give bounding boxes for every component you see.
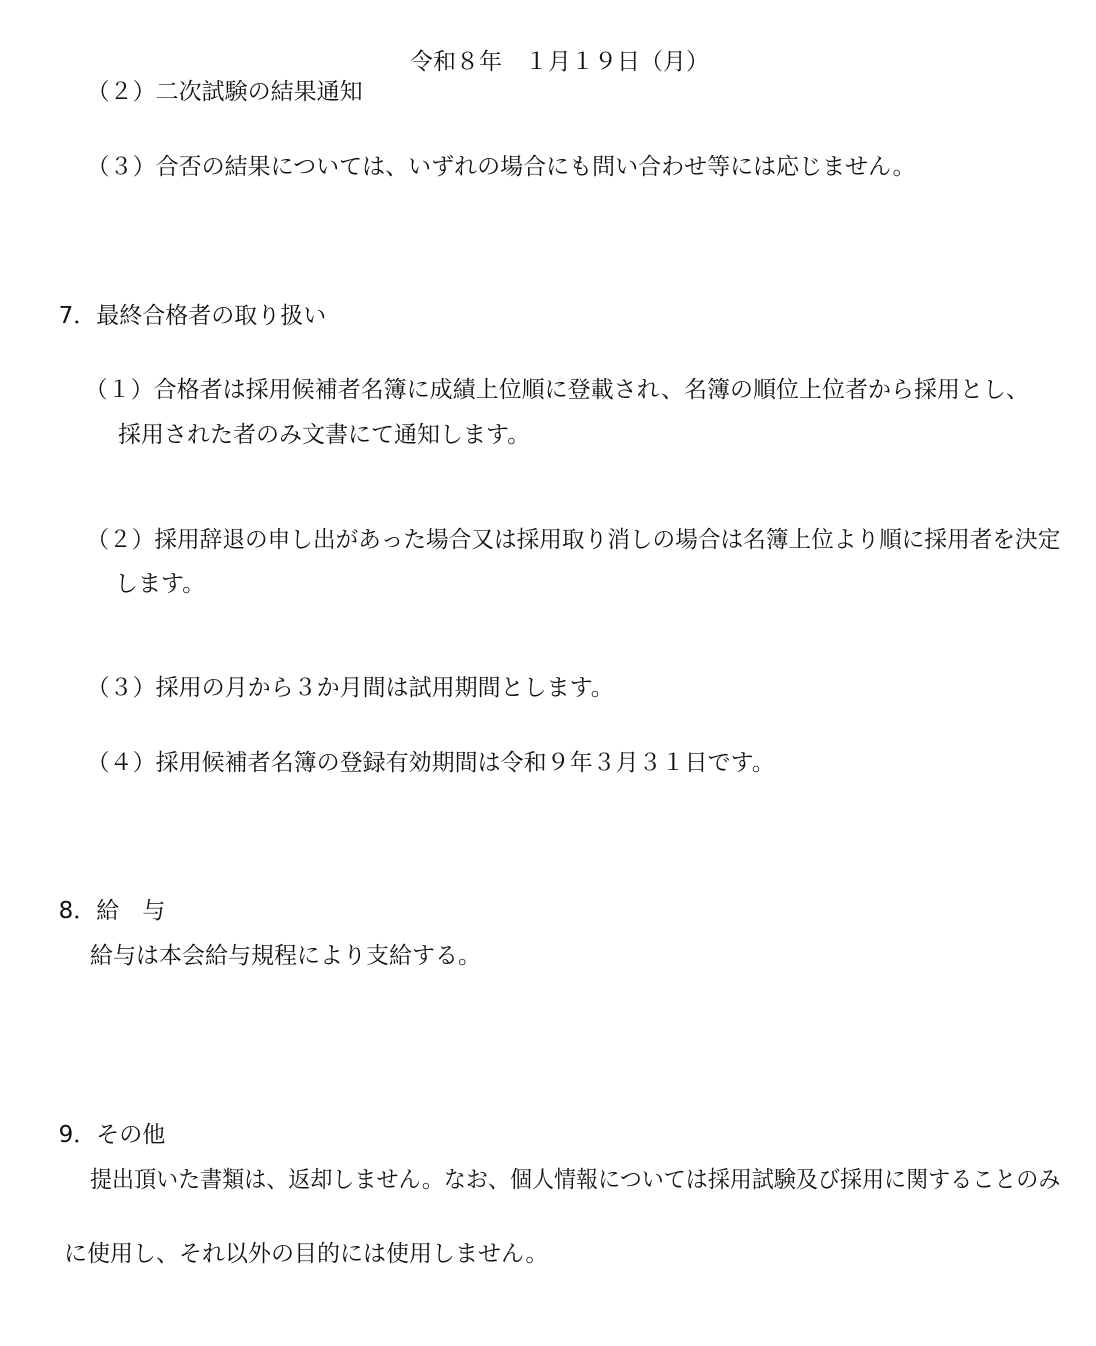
item-marker: （１） [85,377,154,403]
section-title: 最終合格者の取り扱い [96,303,326,329]
item-marker: （４） [87,750,156,776]
section-number: 7． [59,303,97,329]
notice-item-3: （３）合否の結果については、いずれの場合にも問い合わせ等には応じません。 [72,122,916,152]
item-label: 二次試験の結果通知 [156,79,363,105]
section-title: その他 [96,1122,165,1148]
section-7-item-1-continuation: 採用された者のみ文書にて通知します。 [118,420,530,450]
item-text: 採用辞退の申し出があった場合又は採用取り消しの場合は名簿上位より順に採用者を決定 [154,527,1060,553]
section-8-heading: 8．給 与 [44,866,165,896]
notice-date: 令和８年 １月１９日（月） [410,47,709,77]
item-marker: （２） [86,527,154,553]
section-8-body: 給与は本会給与規程により支給する。 [90,941,481,971]
section-7-item-1: （１）合格者は採用候補者名簿に成績上位順に登載され、名簿の順位上位者から採用とし… [70,345,1029,375]
section-9-heading: 9．その他 [44,1090,165,1120]
item-marker: （３） [87,154,156,180]
section-7-heading: 7．最終合格者の取り扱い [44,271,326,301]
item-text: 採用の月から３か月間は試用期間とします。 [156,675,614,701]
item-text: 合否の結果については、いずれの場合にも問い合わせ等には応じません。 [156,154,916,180]
section-9-body-line-2: に使用し、それ以外の目的には使用しません。 [64,1239,548,1269]
section-7-item-3: （３）採用の月から３か月間は試用期間とします。 [72,643,614,673]
item-marker: （３） [87,675,156,701]
section-7-item-4: （４）採用候補者名簿の登録有効期間は令和９年３月３１日です。 [72,718,775,748]
section-number: 8． [59,898,97,924]
section-number: 9． [59,1122,97,1148]
section-9-body-line-1: 提出頂いた書類は、返却しません。なお、個人情報については採用試験及び採用に関する… [90,1165,1060,1195]
section-7-item-2-continuation: します。 [115,569,205,599]
item-text: 合格者は採用候補者名簿に成績上位順に登載され、名簿の順位上位者から採用とし、 [154,377,1029,403]
item-text: 採用候補者名簿の登録有効期間は令和９年３月３１日です。 [156,750,775,776]
item-marker: （２） [87,79,156,105]
section-7-item-2: （２）採用辞退の申し出があった場合又は採用取り消しの場合は名簿上位より順に採用者… [72,495,1060,525]
section-title: 給 与 [96,898,165,924]
notice-item-2: （２）二次試験の結果通知 [72,47,363,77]
